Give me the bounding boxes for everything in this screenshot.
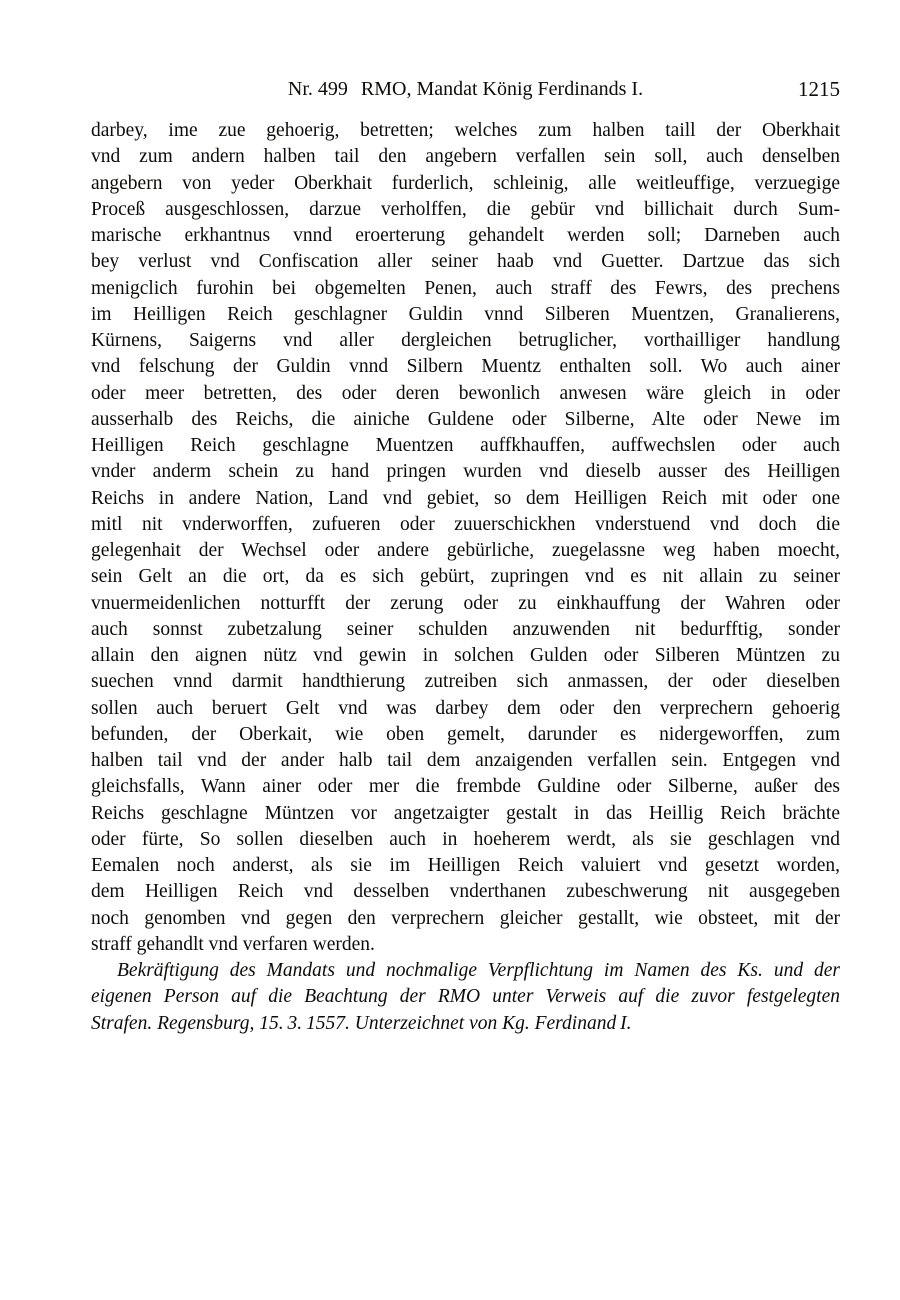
text-line: mitl nit vnderworffen, zufueren oder zuu… [91, 512, 840, 538]
text-line: vnder anderm schein zu hand pringen wurd… [91, 459, 840, 485]
document-page: Nr. 499RMO, Mandat König Ferdinands I. 1… [0, 0, 900, 1300]
summary-paragraph: Bekräftigung des Mandats und nochmalige … [91, 958, 840, 1037]
text-line: noch genomben vnd gegen den verprechern … [91, 906, 840, 932]
text-line: halben tail vnd der ander halb tail dem … [91, 748, 840, 774]
text-line: Reichs in andere Nation, Land vnd gebiet… [91, 486, 840, 512]
text-line: vnd felschung der Guldin vnnd Silbern Mu… [91, 354, 840, 380]
running-head: Nr. 499RMO, Mandat König Ferdinands I. [91, 76, 840, 102]
text-line: vnd zum andern halben tail den angebern … [91, 144, 840, 170]
text-line: ausserhalb des Reichs, die ainiche Gulde… [91, 407, 840, 433]
text-line: Strafen. Regensburg, 15. 3. 1557. Unterz… [91, 1011, 840, 1037]
text-line: befunden, der Oberkait, wie oben gemelt,… [91, 722, 840, 748]
text-line: menigclich furohin bei obgemelten Penen,… [91, 276, 840, 302]
text-line: Eemalen noch anderst, als sie im Heillig… [91, 853, 840, 879]
text-line: angebern von yeder Oberkhait furderlich,… [91, 171, 840, 197]
text-line: Proceß ausgeschlossen, darzue verholffen… [91, 197, 840, 223]
text-line: dem Heilligen Reich vnd desselben vndert… [91, 879, 840, 905]
text-column: darbey, ime zue gehoerig, betretten; wel… [91, 118, 840, 1037]
document-number: Nr. 499 [288, 78, 348, 100]
running-head-title: RMO, Mandat König Ferdinands I. [361, 78, 643, 100]
text-line: eigenen Person auf die Beachtung der RMO… [91, 984, 840, 1010]
page-number: 1215 [798, 76, 840, 102]
text-line: sollen auch beruert Gelt vnd was darbey … [91, 696, 840, 722]
text-line: im Heilligen Reich geschlagner Guldin vn… [91, 302, 840, 328]
text-line: straff gehandlt vnd verfaren werden. [91, 932, 840, 958]
text-line: Kürnens, Saigerns vnd aller dergleichen … [91, 328, 840, 354]
text-line: gelegenhait der Wechsel oder andere gebü… [91, 538, 840, 564]
text-line: oder meer betretten, des oder deren bewo… [91, 381, 840, 407]
text-line: vnuermeidenlichen notturfft der zerung o… [91, 591, 840, 617]
text-line: allain den aignen nütz vnd gewin in solc… [91, 643, 840, 669]
text-line: auch sonnst zubetzalung seiner schulden … [91, 617, 840, 643]
text-line: Bekräftigung des Mandats und nochmalige … [91, 958, 840, 984]
text-line: Heilligen Reich geschlagne Muentzen auff… [91, 433, 840, 459]
main-text-paragraph: darbey, ime zue gehoerig, betretten; wel… [91, 118, 840, 958]
text-line: marische erkhantnus vnnd eroerterung geh… [91, 223, 840, 249]
text-line: bey verlust vnd Confiscation aller seine… [91, 249, 840, 275]
text-line: gleichsfalls, Wann ainer oder mer die fr… [91, 774, 840, 800]
text-line: oder fürte, So sollen dieselben auch in … [91, 827, 840, 853]
text-line: sein Gelt an die ort, da es sich gebürt,… [91, 564, 840, 590]
text-line: suechen vnnd darmit handthierung zutreib… [91, 669, 840, 695]
text-line: darbey, ime zue gehoerig, betretten; wel… [91, 118, 840, 144]
page-header: Nr. 499RMO, Mandat König Ferdinands I. 1… [91, 76, 840, 104]
text-line: Reichs geschlagne Müntzen vor angetzaigt… [91, 801, 840, 827]
